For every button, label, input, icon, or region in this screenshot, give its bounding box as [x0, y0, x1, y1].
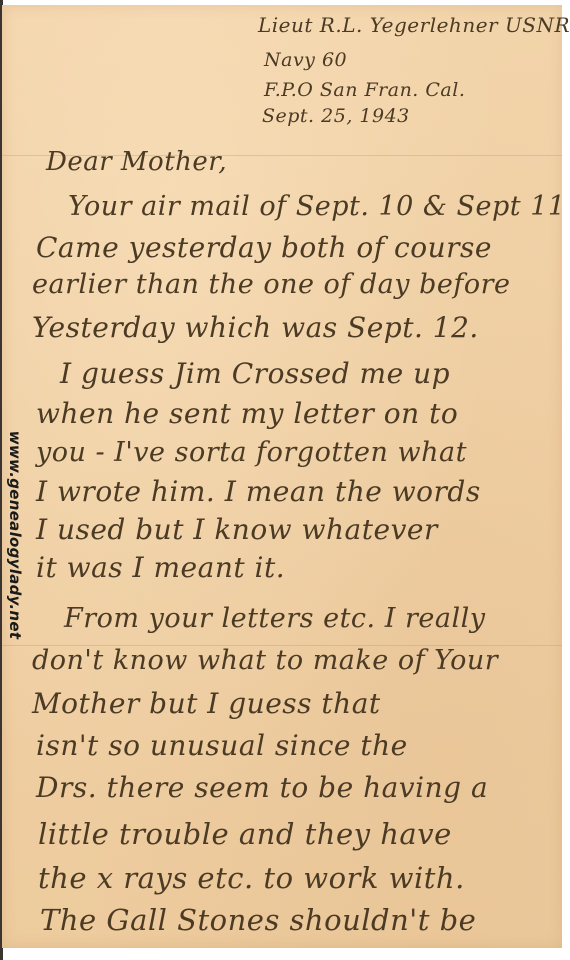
letter-page: Lieut R.L. Yegerlehner USNR Navy 60 F.P.… — [2, 5, 562, 948]
sender-unit: Navy 60 — [264, 49, 347, 71]
body-line: I guess Jim Crossed me up — [60, 357, 450, 390]
body-line: From your letters etc. I really — [64, 603, 485, 634]
sender-name: Lieut R.L. Yegerlehner USNR — [258, 13, 570, 37]
salutation: Dear Mother, — [46, 147, 227, 177]
body-line: Mother but I guess that — [32, 687, 381, 720]
body-line: when he sent my letter on to — [36, 397, 458, 430]
body-line: it was I meant it. — [36, 551, 285, 584]
body-line: I used but I know whatever — [36, 513, 438, 546]
body-line: The Gall Stones shouldn't be — [40, 903, 476, 937]
body-line: Came yesterday both of course — [36, 231, 492, 264]
body-line: Your air mail of Sept. 10 & Sept 11 — [68, 191, 566, 222]
body-line: you - I've sorta forgotten what — [36, 437, 467, 468]
body-line: the x rays etc. to work with. — [38, 861, 465, 895]
body-line: don't know what to make of Your — [32, 645, 498, 676]
body-line: isn't so unusual since the — [36, 729, 408, 762]
body-line: I wrote him. I mean the words — [36, 475, 481, 508]
body-line: earlier than the one of day before — [32, 269, 510, 300]
body-line: Drs. there seem to be having a — [36, 771, 488, 804]
body-line: little trouble and they have — [38, 817, 452, 851]
watermark: www.genealogylady.net — [4, 370, 26, 700]
body-line: Yesterday which was Sept. 12. — [32, 311, 479, 344]
watermark-text: www.genealogylady.net — [6, 431, 24, 640]
sender-address: F.P.O San Fran. Cal. — [264, 79, 465, 101]
letter-date: Sept. 25, 1943 — [262, 105, 410, 127]
